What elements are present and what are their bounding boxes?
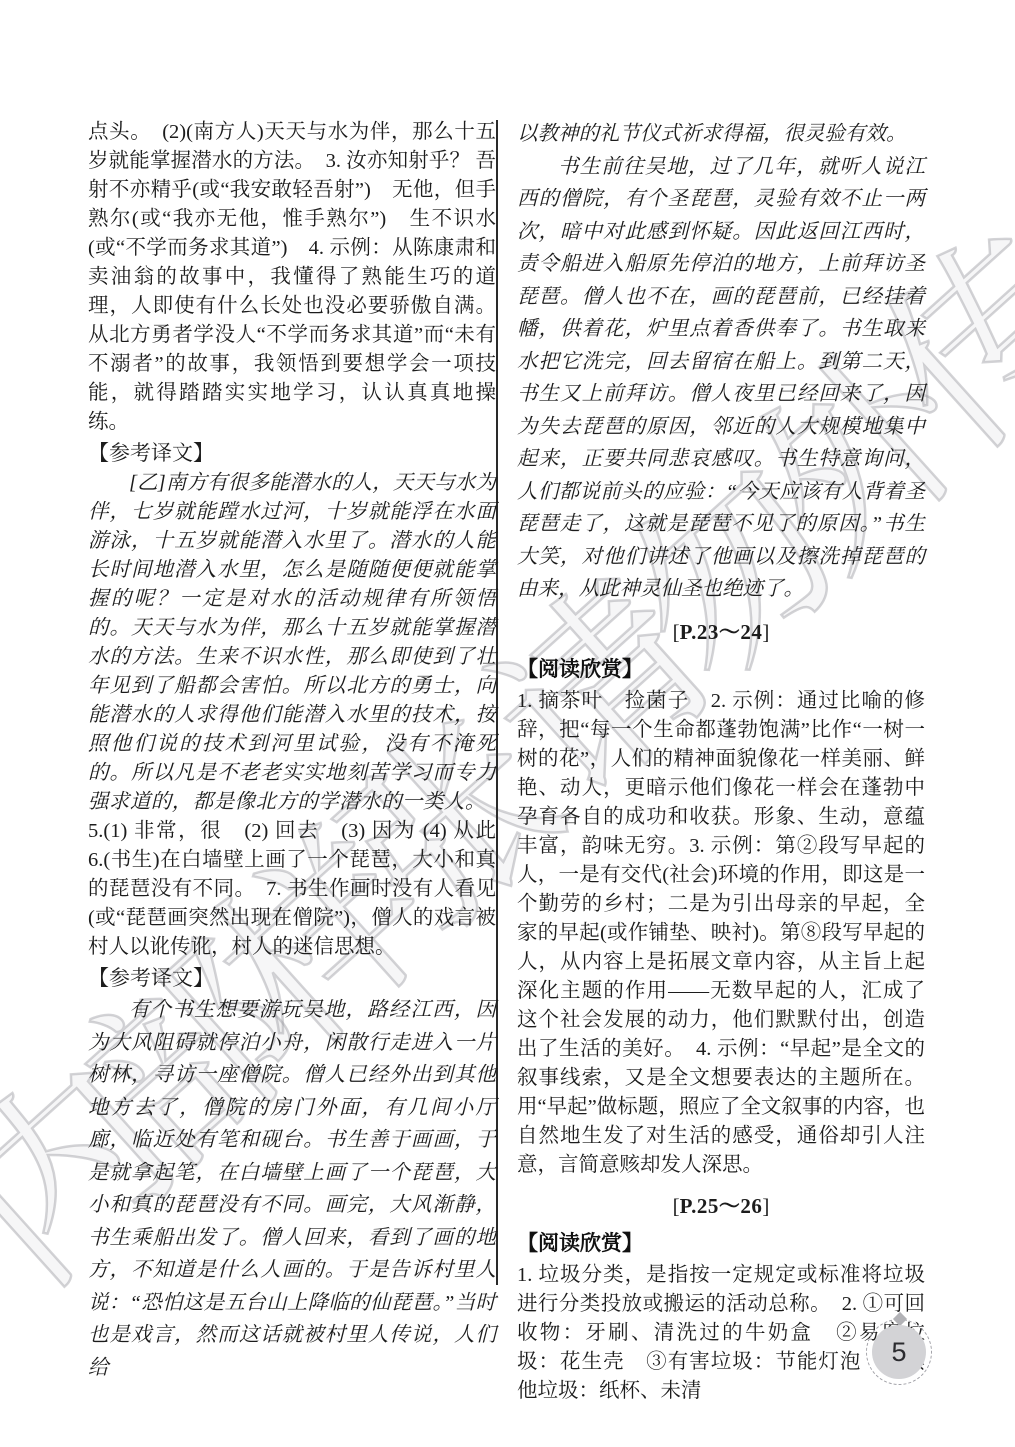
reference-translation-heading-2: 【参考译文】	[88, 963, 496, 993]
answers-reading-23-24: 1. 摘茶叶 捡菌子 2. 示例：通过比喻的修辞，把“每一个生命都蓬勃饱满”比作…	[517, 687, 925, 1180]
page-range-bracket: [	[673, 620, 680, 644]
reading-appreciation-heading-2: 【阅读欣赏】	[517, 1229, 925, 1259]
reading-appreciation-heading-1: 【阅读欣赏】	[517, 655, 925, 685]
page-range-bracket: [	[673, 1194, 680, 1218]
page-range-bracket: ]	[762, 620, 769, 644]
answer-run: 5.(1) 非常，很 (2) 回去 (3) 因为 (4) 从此 6.(书生)在白…	[88, 791, 517, 958]
page-number-badge: 5	[865, 1317, 935, 1387]
right-column: 以教神的礼节仪式祈求得福，很灵验有效。书生前往吴地，过了几年，就听人说江西的僧院…	[517, 118, 925, 1406]
page-range-ref-25-26: [P.25～26]	[517, 1191, 925, 1222]
left-column: 点头。 (2)(南方人)天天与水为伴，那么十五岁就能掌握潜水的方法。 3. 汝亦…	[88, 118, 496, 1406]
translation-yi-and-answers-5-7: [乙]南方有很多能潜水的人，天天与水为伴，七岁就能蹚水过河，十岁就能浮在水面游泳…	[88, 469, 496, 962]
answer-run: 1. 摘茶叶 捡菌子 2. 示例：通过比喻的修辞，把“每一个生命都蓬勃饱满”比作…	[517, 690, 925, 1176]
translation-scholar-story-part-2: 书生前往吴地，过了几年，就听人说江西的僧院，有个圣琵琶，灵验有效不止一两次，暗中…	[517, 151, 925, 606]
answer-run: 点头。 (2)(南方人)天天与水为伴，那么十五岁就能掌握潜水的方法。 3. 汝亦…	[88, 121, 496, 433]
translation-run: [乙]南方有很多能潜水的人，天天与水为伴，七岁就能蹚水过河，十岁就能浮在水面游泳…	[88, 472, 496, 813]
page-range-bracket: ]	[762, 1194, 769, 1218]
translation-run: 以教神的礼节仪式祈求得福，很灵验有效。	[517, 123, 907, 145]
page-range-ref-23-24: [P.23～24]	[517, 617, 925, 648]
answer-book-page: 内部样张 请勿外传 点头。 (2)(南方人)天天与水为伴，那么十五岁就能掌握潜水…	[0, 0, 1015, 1447]
translation-run: 书生前往吴地，过了几年，就听人说江西的僧院，有个圣琵琶，灵验有效不止一两次，暗中…	[517, 156, 925, 601]
translation-run: 有个书生想要游玩吴地，路经江西，因为大风阻碍就停泊小舟，闲散行走进入一片树林，寻…	[88, 999, 496, 1379]
page-range-label: P.23～24	[680, 620, 763, 644]
answers-questions-2-4: 点头。 (2)(南方人)天天与水为伴，那么十五岁就能掌握潜水的方法。 3. 汝亦…	[88, 118, 496, 437]
badge-filled-circle: 5	[872, 1325, 926, 1379]
answer-run: 1. 垃圾分类，是指按一定规定或标准将垃圾进行分类投放或搬运的活动总称。 2. …	[517, 1264, 925, 1402]
answers-reading-25-26: 1. 垃圾分类，是指按一定规定或标准将垃圾进行分类投放或搬运的活动总称。 2. …	[517, 1261, 925, 1406]
translation-scholar-story-part-1: 有个书生想要游玩吴地，路经江西，因为大风阻碍就停泊小舟，闲散行走进入一片树林，寻…	[88, 994, 496, 1384]
page-content: 点头。 (2)(南方人)天天与水为伴，那么十五岁就能掌握潜水的方法。 3. 汝亦…	[88, 118, 925, 1406]
reference-translation-heading-1: 【参考译文】	[88, 438, 496, 468]
translation-scholar-story-continued: 以教神的礼节仪式祈求得福，很灵验有效。	[517, 118, 925, 151]
page-range-label: P.25～26	[680, 1194, 763, 1218]
page-number: 5	[891, 1339, 906, 1366]
